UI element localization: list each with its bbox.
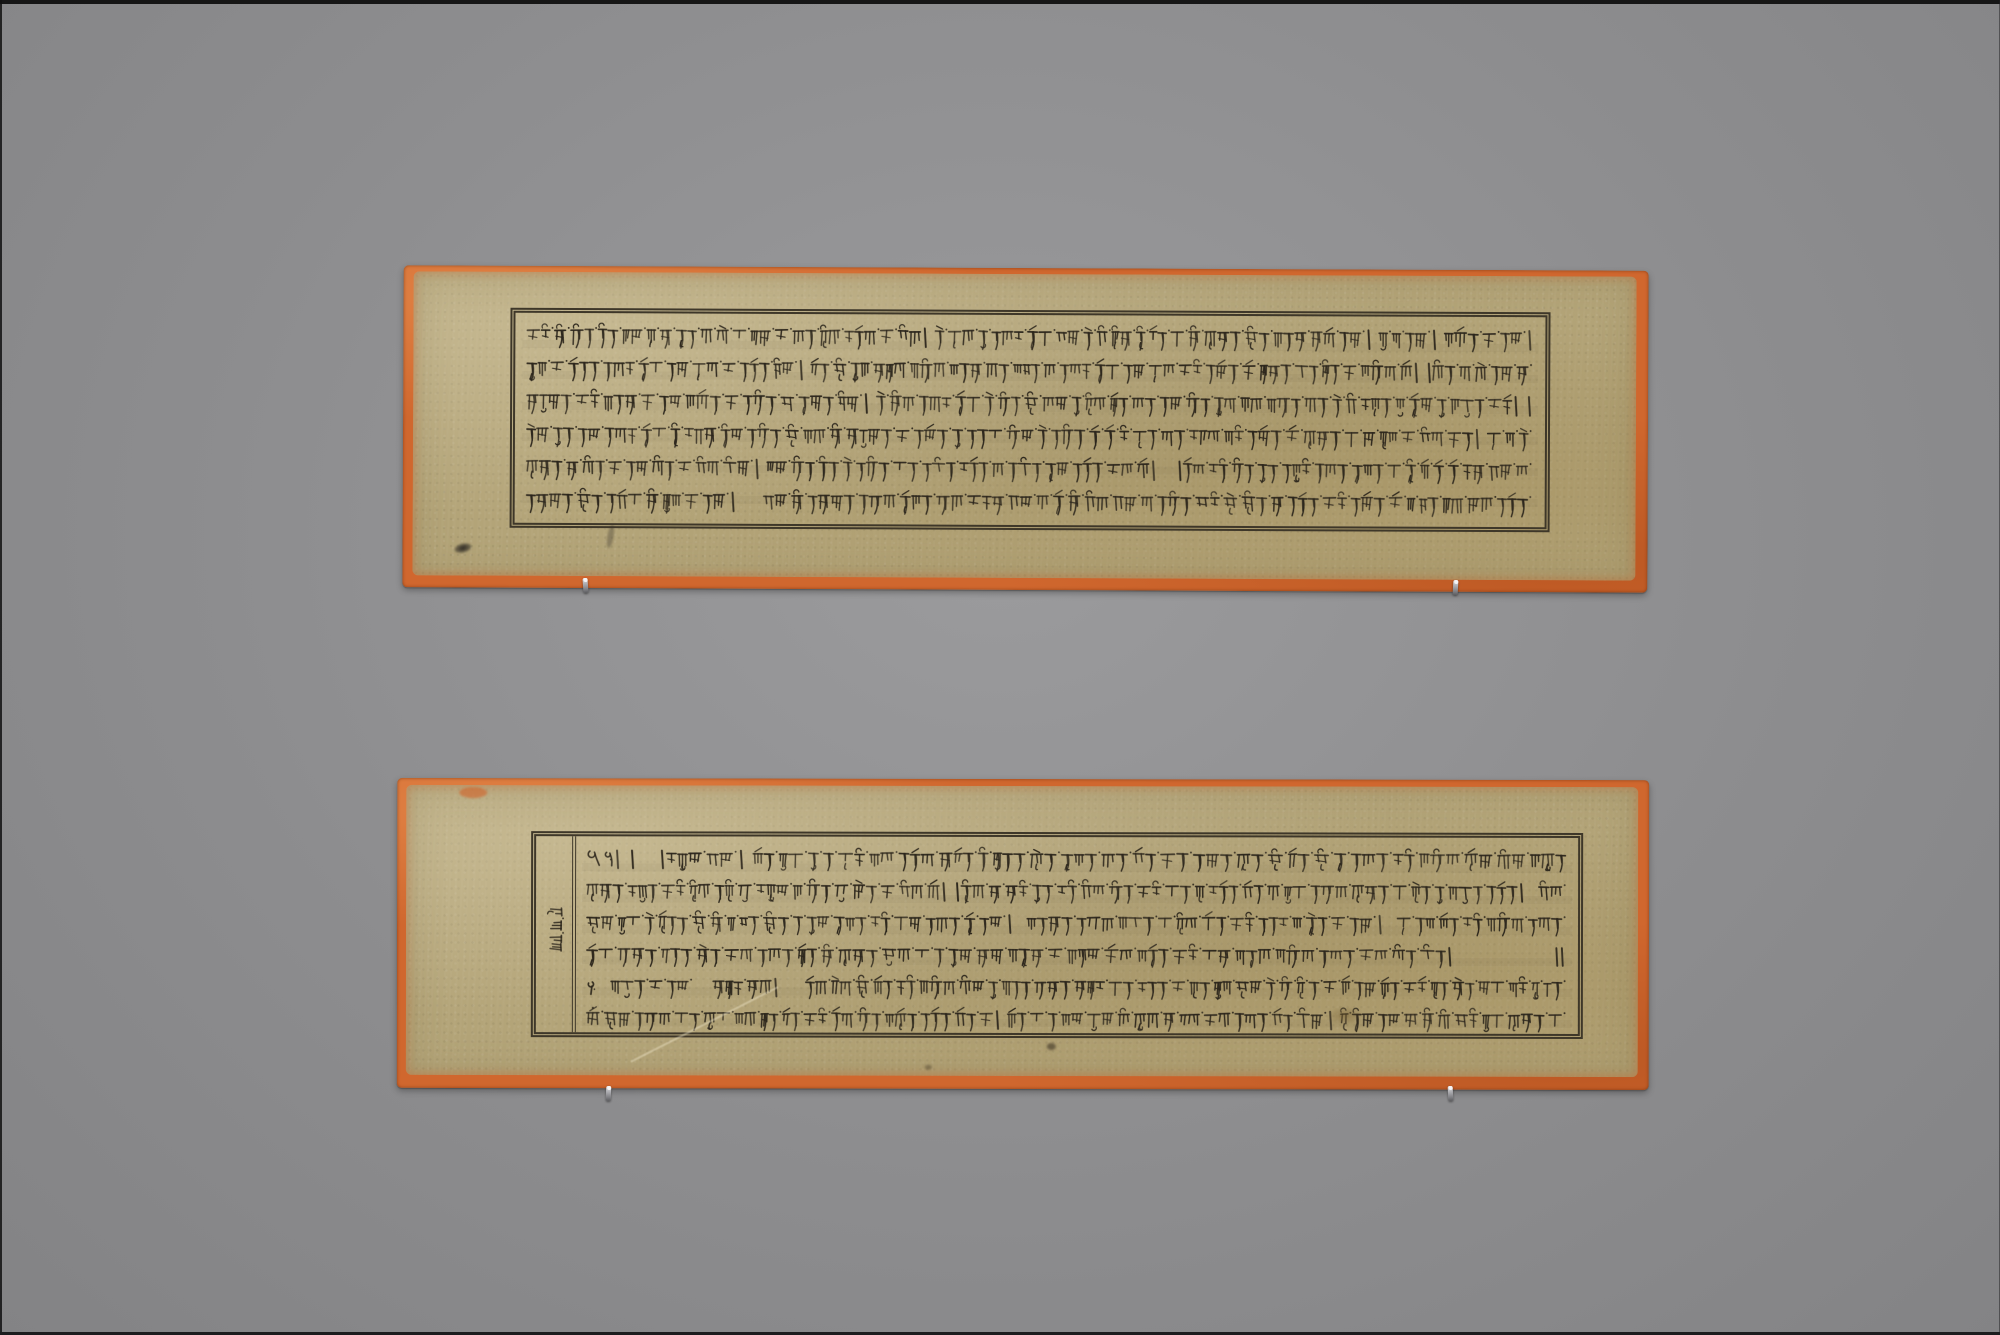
photograph-background — [0, 0, 2000, 1335]
text-line — [522, 484, 1538, 522]
photo-edge-left — [0, 0, 2, 1335]
margin-label — [542, 903, 570, 997]
manuscript-leaf-upper — [402, 265, 1648, 592]
text-line — [582, 971, 1572, 1005]
stain — [1047, 1043, 1056, 1050]
stain — [925, 1065, 932, 1070]
manuscript-leaf-lower — [397, 778, 1650, 1090]
text-frame — [531, 831, 1583, 1039]
text-line — [582, 907, 1572, 941]
text-line — [582, 843, 1572, 877]
text-line — [522, 319, 1538, 357]
stain — [1327, 1007, 1363, 1025]
text-block — [522, 317, 1539, 523]
text-block — [582, 840, 1572, 1030]
mounting-pin — [606, 1086, 612, 1101]
text-line — [582, 875, 1572, 909]
mounting-pin — [1453, 580, 1459, 595]
mounting-pin — [582, 578, 588, 593]
margin-column — [536, 836, 576, 1032]
text-line — [582, 939, 1572, 973]
mounting-pin — [1448, 1086, 1454, 1101]
text-frame — [510, 308, 1551, 533]
text-line — [582, 1003, 1572, 1037]
orange-smear — [459, 787, 487, 798]
